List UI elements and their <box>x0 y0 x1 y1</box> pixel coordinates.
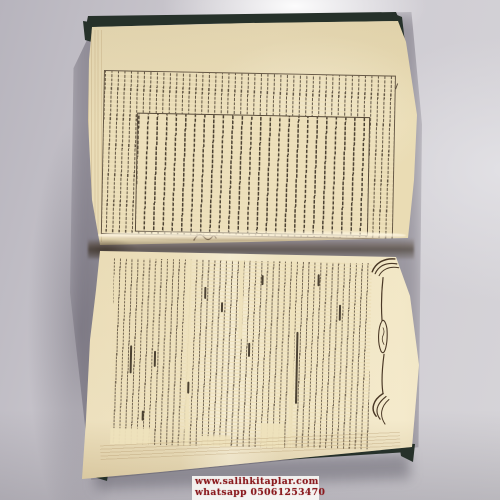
photo-scene: www.salihkitaplar.com whatsapp 050612534… <box>0 0 500 500</box>
watermark-url: www.salihkitaplar.com <box>195 477 317 488</box>
watermark-phone: whatsapp 05061253470 <box>195 488 317 499</box>
main-text-texture <box>136 114 369 235</box>
page-number-mark <box>395 83 402 90</box>
watermark: www.salihkitaplar.com whatsapp 050612534… <box>192 476 319 500</box>
ottoman-outer-frame <box>101 70 396 240</box>
ottoman-inner-frame <box>135 113 370 236</box>
turkish-text-columns <box>110 258 372 449</box>
chapter-flourish <box>368 256 402 428</box>
